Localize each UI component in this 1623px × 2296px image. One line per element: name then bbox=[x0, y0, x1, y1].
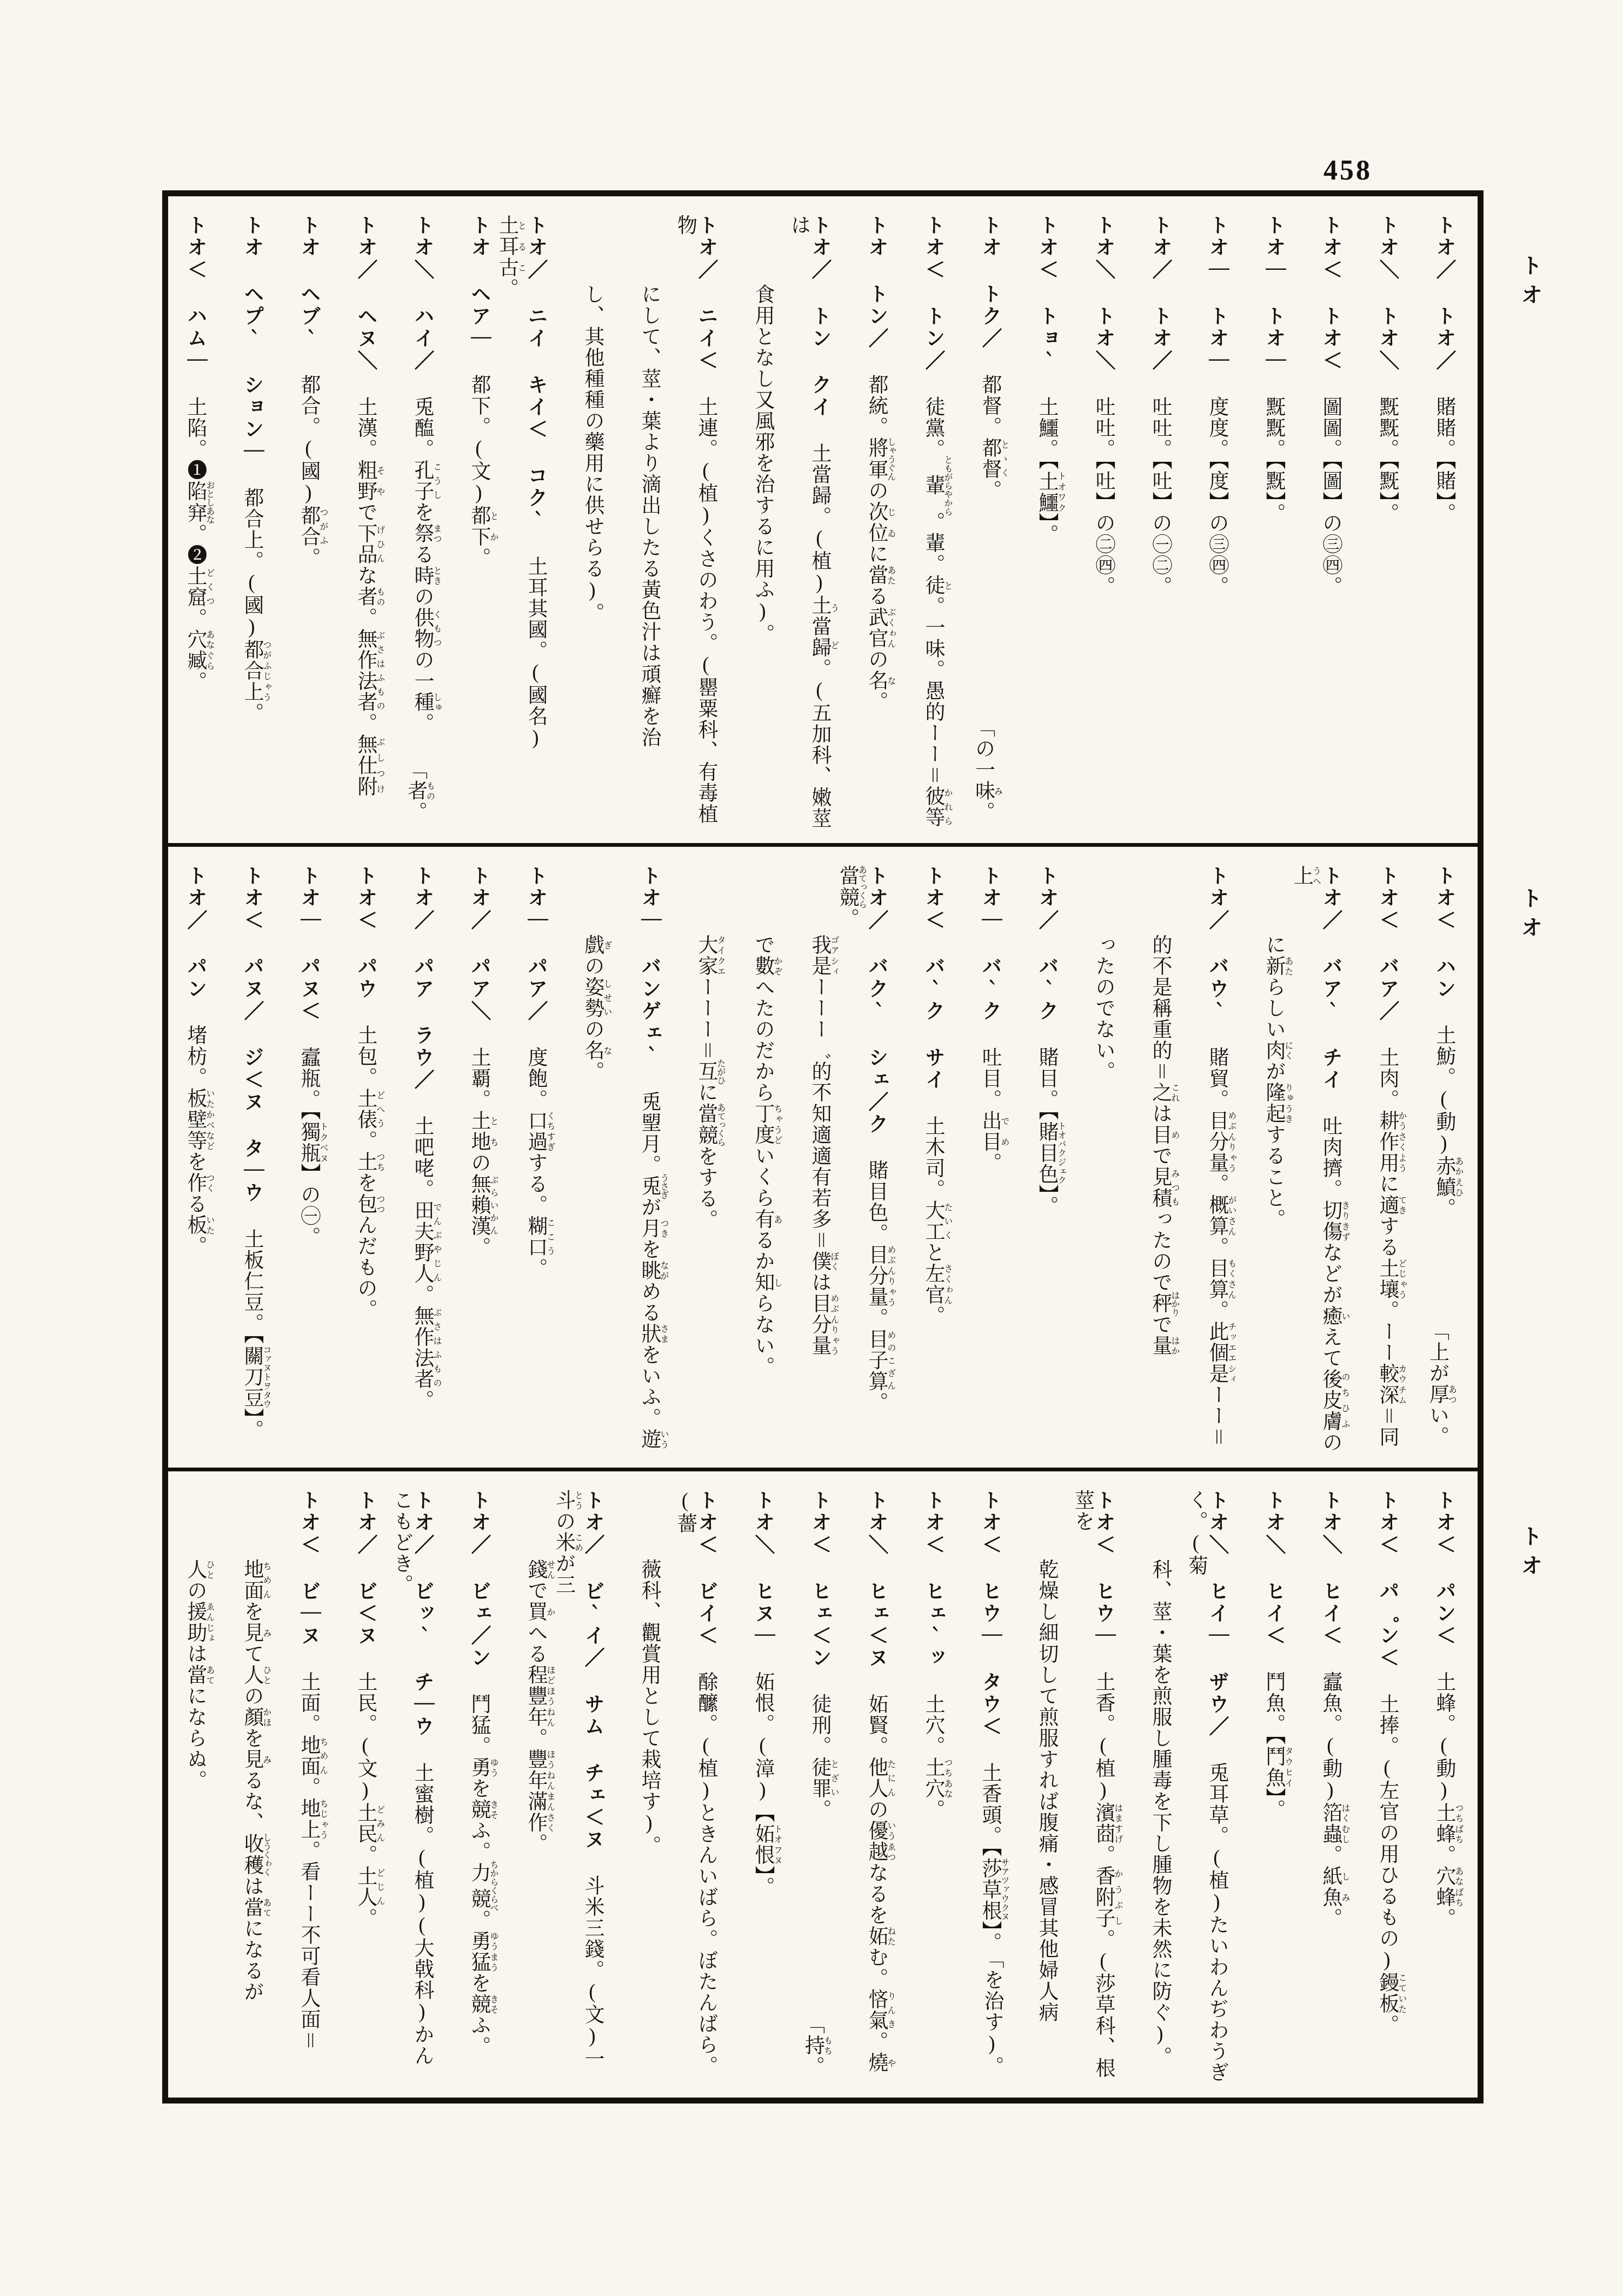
entry-text-with-ruby: 癒い bbox=[1319, 1305, 1341, 1326]
entry-text-with-ruby: 土民どみん bbox=[354, 1802, 376, 1844]
entry-text-with-ruby: 隆起りゅうき bbox=[1262, 1082, 1285, 1124]
dictionary-continuation-column: し、其他種種の藥用に供せらる)。 bbox=[555, 215, 612, 832]
dictionary-entry-column: トオ＜ バ｀ク サイ 土木司。大工たいくと左官さくゎん。 bbox=[896, 865, 953, 1457]
entry-text-with-ruby: 陷穽おとしあな bbox=[184, 481, 206, 523]
entry-text-with-ruby: 錢せん bbox=[524, 1559, 547, 1580]
entry-text-with-ruby: 目分量めぶんりゃう bbox=[865, 1244, 887, 1308]
dictionary-entry-column: トオ＜ ハン 土魴。(動)赤鱝あかえひ。「上が厚あつい。 bbox=[1407, 865, 1464, 1457]
entry-headword-reading: トオ＜ トョ｀ bbox=[1035, 215, 1057, 396]
entry-text-with-ruby: 適てき bbox=[1376, 1195, 1398, 1216]
entry-text-with-ruby: 競きそ bbox=[468, 1799, 490, 1820]
entry-text-with-ruby: 燒や bbox=[865, 2052, 887, 2073]
dictionary-entry-column: トオ｜ バ｀ク 吐目。出目でめ。 bbox=[953, 865, 1009, 1457]
entry-text-with-ruby: 粗野そや bbox=[354, 460, 376, 502]
dictionary-entry-column: トオ｜ トオ｜ 度度。【度】の㊂㊃。 bbox=[1180, 215, 1236, 832]
entry-text-with-ruby: 知し bbox=[751, 1272, 774, 1293]
entry-text-with-ruby: 目分量めぶんりゃう bbox=[1206, 1110, 1228, 1173]
entry-text-with-ruby: 月つき bbox=[638, 1218, 660, 1239]
entry-headword-reading: トオ／ ビ｀イ／ サム チェ＜ヌ bbox=[581, 1490, 603, 1875]
dictionary-continuation-column: 我是ゴアシィーーー゛的不知適適有若多＝僕ぼくは目分量めぶんりゃう bbox=[782, 865, 839, 1457]
dictionary-entry-column: トオ＼ ヒェ＜ヌ 妬賢。他人たにんの優越いうゑつなるを妬ねたむ。悋氣りんき。燒や bbox=[839, 1490, 896, 2087]
entry-text-with-ruby: 土當歸うど bbox=[808, 595, 830, 658]
entry-text-with-ruby: 目算もくさん bbox=[1206, 1258, 1228, 1300]
entry-text-with-ruby: 無作法者ぶさはふもの bbox=[411, 1305, 433, 1390]
hanging-continuation-text: 「の一味み。 bbox=[972, 717, 1002, 822]
entry-text-with-ruby: 我是ゴアシィ bbox=[808, 934, 830, 977]
entry-text-with-ruby: 者もの bbox=[354, 586, 376, 607]
entry-band-top: トオ／ トオ／ 賭賭。【賭】。トオ＼ トオ＼ 黖黖。【黖】。トオ＜ トオ＜ 圖圖… bbox=[168, 196, 1478, 843]
margin-guide-word: トオ bbox=[1515, 254, 1546, 313]
dictionary-entry-column: トオ ヘプ｀ ション｜ 都合上。(國)都合上つがふじゃう。 bbox=[215, 215, 271, 832]
entry-text-with-ruby: 紙魚しみ bbox=[1319, 1866, 1341, 1908]
margin-guide-word: トオ bbox=[1515, 1525, 1546, 1583]
entry-text-with-ruby: 戲ぎ bbox=[581, 934, 603, 955]
entry-text-with-ruby: 米こめ bbox=[553, 1532, 575, 1553]
entry-text-with-ruby: 濱莔はますげ bbox=[1092, 1802, 1114, 1844]
entry-headword-reading: トオ＜ ヒウ｜ タウ＜ bbox=[979, 1490, 1001, 1762]
entry-text-with-ruby: 無作法者ぶさはふもの bbox=[354, 628, 376, 713]
entry-headword-reading: トオ＼ トオ＼ bbox=[1376, 215, 1398, 396]
entry-headword-reading: トオ＜ パ゜ン＜ bbox=[1376, 1490, 1398, 1694]
entry-text-with-ruby: 狀さま bbox=[638, 1323, 660, 1344]
entry-text-with-ruby: 新あた bbox=[1262, 955, 1285, 977]
dictionary-entry-column: トオ＼ ヒイ＜ 蠧魚。(動)箔蟲はくむし。紙魚しみ。 bbox=[1293, 1490, 1350, 2087]
dictionary-entry-column: トオ／ ニイ＜ 土連。(植)くさのわう。(罌粟科、有毒植物 bbox=[669, 215, 726, 832]
entry-text-with-ruby: 將軍しゃうぐん bbox=[865, 437, 887, 480]
entry-headword-reading: トオ／ トオ／ bbox=[1149, 215, 1171, 396]
entry-text-with-ruby: 作つく bbox=[184, 1172, 206, 1193]
entry-text-with-ruby: 鬥魚タウヒイ bbox=[1262, 1746, 1285, 1788]
entry-text-with-ruby: 武官ぶくゎん bbox=[865, 607, 887, 649]
entry-headword-reading: トオ＼ ヒヌ｜ bbox=[751, 1490, 774, 1671]
entry-headword-reading: トオ／ ニイ＜ bbox=[695, 215, 717, 396]
entry-headword-reading: トオ／ バク｀ シェ／ク bbox=[865, 865, 887, 1160]
entry-text-with-ruby: 斗とう bbox=[553, 1490, 575, 1511]
dictionary-entry-column: トオ／ パア ラウ／ 土吧咾。田夫野人でんぶやじん。無作法者ぶさはふもの。 bbox=[385, 865, 442, 1457]
column-container: トオ＜ ハン 土魴。(動)赤鱝あかえひ。「上が厚あつい。トオ＜ バア／ 土肉。耕… bbox=[168, 847, 1478, 1468]
entry-text-with-ruby: 徒罪とざい bbox=[808, 1757, 830, 1799]
dictionary-entry-column: トオ／ トオ／ 吐吐。【吐】の㊀㊁。 bbox=[1123, 215, 1180, 832]
entry-text-with-ruby: 持もち bbox=[802, 2035, 824, 2056]
entry-headword-reading: トオ／ トオ／ bbox=[1433, 215, 1455, 396]
hanging-continuation-text: 「を治す)。 bbox=[981, 1948, 1002, 2077]
entry-text-with-ruby: 次位じゐ bbox=[865, 501, 887, 543]
entry-text-with-ruby: 名な bbox=[865, 670, 887, 691]
entry-text-with-ruby: 力競ちからくらべ bbox=[468, 1862, 490, 1909]
dictionary-continuation-column: ったのでない。 bbox=[1066, 865, 1123, 1457]
entry-text-with-ruby: 兎うさぎ bbox=[638, 1176, 660, 1197]
entry-text-with-ruby: 地上ちじゃう bbox=[297, 1798, 320, 1840]
entry-text-with-ruby: 土壤どじゃう bbox=[1376, 1258, 1398, 1300]
dictionary-entry-column: トオ＜ ヒェ｀ッ 土穴。土穴つちあな。 bbox=[896, 1490, 953, 2087]
entry-text-with-ruby: 包つつ bbox=[354, 1193, 376, 1215]
dictionary-entry-column: トオ＜ バア／ 土肉。耕作用かうさくように適てきする土壤どじゃう。ーー較深カウチ… bbox=[1350, 865, 1407, 1457]
entry-headword-reading: トオ｜ バンゲェ｀ bbox=[638, 865, 660, 1091]
entry-text-with-ruby: 土窟どくつ bbox=[184, 566, 206, 608]
entry-text-with-ruby: 供物くもつ bbox=[411, 607, 433, 649]
entry-text-with-ruby: 後皮膚のちひふ bbox=[1319, 1369, 1341, 1432]
entry-text-with-ruby: 土鱷トオワク bbox=[1035, 471, 1057, 513]
entry-text-with-ruby: 孔子こうし bbox=[411, 460, 433, 502]
band-divider-rule bbox=[167, 843, 1479, 847]
entry-text-with-ruby: 妬ねた bbox=[865, 1926, 887, 1947]
entry-text-with-ruby: 無賴漢ぶらいかん bbox=[468, 1173, 490, 1237]
dictionary-entry-column: トオ＜ トオ＜ 圖圖。【圖】の㊂㊃。 bbox=[1293, 215, 1350, 832]
dictionary-entry-column: トオ／ バ｀ク 賭目。【賭目色トオバクジェク】。 bbox=[1009, 865, 1066, 1457]
entry-text-with-ruby: 目子算めのこざん bbox=[865, 1329, 887, 1392]
dictionary-entry-column: トオ＼ トオ＼ 吐吐。【吐】の㊁㊃。 bbox=[1066, 215, 1123, 832]
entry-headword-reading: トオ＜ ビ｜ヌ bbox=[297, 1490, 320, 1671]
entry-text-with-ruby: 關刀豆コァヌトヲタウ bbox=[241, 1345, 263, 1409]
dictionary-continuation-column: 大家タイクエーーー＝互たがひに當競あてっくらをする。 bbox=[669, 865, 726, 1457]
entry-headword-reading: トオ＜ パウ bbox=[354, 865, 376, 1025]
dictionary-entry-column: トオ＜ ビイ＜ 酴醿。(植)ときんいばら。ぼたんばら。(薔 bbox=[669, 1490, 726, 2087]
hanging-continuation-text: 「者もの。 bbox=[404, 759, 434, 822]
entry-text-with-ruby: 顏かほ bbox=[241, 1707, 263, 1728]
entry-text-with-ruby: 下品げひん bbox=[354, 523, 376, 565]
dictionary-continuation-column: 戲ぎの姿勢しせいの名な。 bbox=[555, 865, 612, 1457]
entry-headword-reading: トオ トク／ bbox=[979, 215, 1001, 374]
entry-text-with-ruby: 獨瓶トクベヌ bbox=[297, 1122, 320, 1164]
entry-text-with-ruby: 丁度ちゃうど bbox=[751, 1103, 774, 1145]
entry-text-with-ruby: 僕ぼく bbox=[808, 1251, 830, 1272]
column-container: トオ／ トオ／ 賭賭。【賭】。トオ＼ トオ＼ 黖黖。【黖】。トオ＜ トオ＜ 圖圖… bbox=[168, 196, 1478, 843]
dictionary-entry-column: トオ／ ニイ キイ＜ コク｀ 土耳其國。(國名)土耳古とるこ。 bbox=[498, 215, 555, 832]
entry-text-with-ruby: 當あた bbox=[865, 565, 887, 586]
dictionary-entry-column: トオ／ バア｀ チイ 吐肉擠。切傷きりきずなどが癒いえて後皮膚のちひふの上うへ bbox=[1293, 865, 1350, 1457]
entry-text-with-ruby: 之これ bbox=[1149, 1082, 1171, 1103]
entry-headword-reading: トオ／ パン bbox=[184, 865, 206, 1025]
entry-text-with-ruby: 優越いうゑつ bbox=[865, 1820, 887, 1862]
dictionary-continuation-column: 地面ちめんを見みて人ひとの顏かほを見みるな、收穫しうくゎくは當あてになるが bbox=[215, 1490, 271, 2087]
dictionary-entry-column: トオ／ バク｀ シェ／ク 賭目色。目分量めぶんりゃう。目子算めのこざん。當競あて… bbox=[839, 865, 896, 1457]
dictionary-continuation-column: 科、莖・葉を煎服し腫毒を下し腫物を未然に防ぐ)。 bbox=[1123, 1490, 1180, 2087]
entry-text-with-ruby: 鏝板こていた bbox=[1376, 1972, 1398, 2014]
entry-text-with-ruby: 收穫しうくゎく bbox=[241, 1833, 263, 1876]
entry-text-with-ruby: 人ひと bbox=[184, 1559, 206, 1580]
entry-headword-reading: トオ／ ビ＜ヌ bbox=[354, 1490, 376, 1671]
entry-text-with-ruby: 數かぞ bbox=[751, 955, 774, 977]
entry-text-with-ruby: 遊いう bbox=[638, 1429, 660, 1450]
entry-text-with-ruby: 板いた bbox=[184, 1215, 206, 1236]
dictionary-entry-column: トオ＜ トン／ 徒黨。輩ともがらやから。輩。徒と。一味。愚的ーー＝彼等かれら bbox=[896, 215, 953, 832]
entry-text-with-ruby: 上うへ bbox=[1291, 865, 1313, 886]
entry-text-with-ruby: 眺なが bbox=[638, 1260, 660, 1281]
dictionary-entry-column: トオ／ ヘヌ＼ 土漢。粗野そやで下品げひんな者もの。無作法者ぶさはふもの。無仕附… bbox=[328, 215, 385, 832]
dictionary-entry-column: トオ トン／ 都統。將軍しゃうぐんの次位じゐに當あたる武官ぶくゎんの名な。 bbox=[839, 215, 896, 832]
entry-headword-reading: トオ＼ ヒイ＜ bbox=[1319, 1490, 1341, 1671]
entry-headword-reading: トオ｜ パヌ＜ bbox=[297, 865, 320, 1047]
entry-headword-reading: トオ／ ニイ キイ＜ コク｀ bbox=[524, 215, 547, 556]
entry-text-with-ruby: 箔蟲はくむし bbox=[1319, 1802, 1341, 1844]
entry-text-with-ruby: 互たがひ bbox=[695, 1061, 717, 1082]
entry-text-with-ruby: 援助ゑんじょ bbox=[184, 1601, 206, 1643]
dictionary-entry-column: トオ＜ ハム｜ 土陷。❶陷穽おとしあな。❷土窟どくつ。穴臧あなぐら。 bbox=[168, 215, 215, 832]
dictionary-entry-column: トオ＜ パヌ／ ジ＜ヌ タ｜ウ 土板仁豆。【關刀豆コァヌトヲタウ】。 bbox=[215, 865, 271, 1457]
entry-headword-reading: トオ＼ トオ＼ bbox=[1092, 215, 1114, 396]
entry-text-with-ruby: 見み bbox=[241, 1622, 263, 1643]
entry-headword-reading: トオ／ バウ｀ bbox=[1206, 865, 1228, 1047]
dictionary-entry-column: トオ／ バウ｀ 賭貿。目分量めぶんりゃう。概算がいさん。目算もくさん。此個是チッ… bbox=[1180, 865, 1236, 1457]
margin-guide-word: トオ bbox=[1515, 887, 1546, 945]
column-container: トオ＜ パン＜ 土蜂。(動)土蜂つちばち。穴蜂あなばち。トオ＜ パ゜ン＜ 土捧。… bbox=[168, 1471, 1478, 2098]
entry-text-with-ruby: 當あて bbox=[241, 1897, 263, 1918]
dictionary-continuation-column: 食用となし又風邪を治するに用ふ)。 bbox=[726, 215, 782, 832]
entry-headword-reading: トオ ヘプ｀ ション｜ bbox=[241, 215, 263, 487]
entry-headword-reading: トオ｜ トオ｜ bbox=[1206, 215, 1228, 396]
entry-headword-reading: トオ ヘア｜ bbox=[468, 215, 490, 374]
entry-text-with-ruby: 大家タイクエ bbox=[695, 934, 717, 977]
entry-text-with-ruby: 切傷きりきず bbox=[1319, 1200, 1341, 1242]
entry-text-with-ruby: 見み bbox=[241, 1749, 263, 1770]
entry-band-bottom: トオ＜ パン＜ 土蜂。(動)土蜂つちばち。穴蜂あなばち。トオ＜ パ゜ン＜ 土捧。… bbox=[168, 1471, 1478, 2098]
dictionary-entry-column: トオ＜ トョ｀ 土鱷。【土鱷トオワク】。 bbox=[1009, 215, 1066, 832]
dictionary-entry-column: トオ＜ ヒェ＜ン 徒刑。徒罪とざい。「持もち。 bbox=[782, 1490, 839, 2087]
entry-text-with-ruby: 無仕附ぶしつけ bbox=[354, 734, 376, 797]
entry-headword-reading: トオ＜ パヌ／ ジ＜ヌ タ｜ウ bbox=[241, 865, 263, 1229]
dictionary-entry-column: トオ＜ ヒウ｜ 土香。(植)濱莔はますげ。香附子かうぶし。(莎草科、根莖を bbox=[1066, 1490, 1123, 2087]
entry-text-with-ruby: 赤鱝あかえひ bbox=[1433, 1156, 1455, 1198]
entry-headword-reading: トオ／ パア＼ bbox=[468, 865, 490, 1047]
entry-headword-reading: トオ＼ ヒイ｜ ザウ／ bbox=[1206, 1490, 1228, 1762]
entry-text-with-ruby: 他人たにん bbox=[865, 1757, 887, 1799]
entry-text-with-ruby: 板壁等いたかべなど bbox=[184, 1088, 206, 1151]
entry-headword-reading: トオ＜ パン＜ bbox=[1433, 1490, 1455, 1671]
entry-headword-reading: トオ＜ ヒェ｀ッ bbox=[922, 1490, 944, 1694]
entry-text-with-ruby: 土俵どへう bbox=[354, 1088, 376, 1130]
dictionary-entry-column: トオ／ トオ／ 賭賭。【賭】。 bbox=[1407, 215, 1464, 832]
entry-text-with-ruby: 時とき bbox=[411, 565, 433, 586]
entry-text-with-ruby: 此個是チッエエシィ bbox=[1206, 1321, 1228, 1384]
dictionary-entry-column: トオ／ トン クイ 土當歸。(植)土當歸うど。(五加科、嫩莖は bbox=[782, 215, 839, 832]
entry-headword-reading: トオ／ パア ラウ／ bbox=[411, 865, 433, 1116]
dictionary-entry-column: トオ＜ パ゜ン＜ 土捧。(左官の用ひるもの)鏝板こていた。 bbox=[1350, 1490, 1407, 2087]
dictionary-continuation-column: にして、莖・葉より滴出したる黃色汁は頑癬を治 bbox=[612, 215, 669, 832]
entry-text-with-ruby: 人ひと bbox=[241, 1664, 263, 1685]
entry-text-with-ruby: 土地とち bbox=[468, 1110, 490, 1152]
dictionary-entry-column: トオ｜ パア／ 度飽。口過くちすぎする。糊口ここう。 bbox=[498, 865, 555, 1457]
entry-headword-reading: トオ｜ トオ｜ bbox=[1262, 215, 1285, 396]
entry-text-with-ruby: 妬恨トオフヌ bbox=[751, 1823, 774, 1866]
entry-text-with-ruby: 名な bbox=[581, 1040, 603, 1061]
entry-text-with-ruby: 味み bbox=[972, 780, 994, 801]
dictionary-entry-column: トオ＜ ヒウ｜ タウ＜ 土香頭。【莎草根サアツァウクヌ】。「を治す)。 bbox=[953, 1490, 1009, 2087]
entry-text-with-ruby: 豐年滿作ほうねんまんさく bbox=[524, 1749, 547, 1833]
dictionary-entry-column: トオ ヘア｜ 都下。(文)都下とか。 bbox=[442, 215, 498, 832]
dictionary-entry-column: トオ／ ビ＜ヌ 土民。(文)土民どみん。土人どじん。 bbox=[328, 1490, 385, 2087]
dictionary-entry-column: トオ／ ビ｀イ／ サム チェ＜ヌ 斗米三錢。(文)一斗とうの米こめが三 bbox=[555, 1490, 612, 2087]
entry-text-with-ruby: 地面ちめん bbox=[241, 1559, 263, 1601]
dictionary-entry-column: トオ＼ ハイ／ 兎醢。孔子こうしを祭まつる時ときの供物くもつの一種しゅ。「者もの… bbox=[385, 215, 442, 832]
entry-text-with-ruby: 左官さくゎん bbox=[922, 1263, 944, 1305]
dictionary-continuation-column: 乾燥し細切して煎服すれば腹痛・感冒其他婦人病 bbox=[1009, 1490, 1066, 2087]
dictionary-continuation-column: に新あたらしい肉にくが隆起りゅうきすること。 bbox=[1236, 865, 1293, 1457]
page-border-frame: トオ／ トオ／ 賭賭。【賭】。トオ＼ トオ＼ 黖黖。【黖】。トオ＜ トオ＜ 圖圖… bbox=[162, 190, 1484, 2103]
hanging-continuation-text: 「持もち。 bbox=[802, 2014, 832, 2077]
entry-headword-reading: トオ ヘブ｀ bbox=[297, 215, 320, 374]
entry-text-with-ruby: 買か bbox=[524, 1601, 547, 1622]
entry-text-with-ruby: 出目でめ bbox=[979, 1110, 1001, 1152]
entry-text-with-ruby: 種しゅ bbox=[411, 692, 433, 713]
entry-headword-reading: トオ｜ バ｀ク bbox=[979, 865, 1001, 1047]
entry-text-with-ruby: 當競あてっくら bbox=[695, 1103, 717, 1146]
dictionary-continuation-column: 錢せんで買かへる程豐年ほどほうねん。豐年滿作ほうねんまんさく。 bbox=[498, 1490, 555, 2087]
dictionary-entry-column: トオ トク／ 都督。都督とゝく。「の一味み。 bbox=[953, 215, 1009, 832]
dictionary-entry-column: トオ＼ ヒヌ｜ 妬恨。(漳)【妬恨トオフヌ】。 bbox=[726, 1490, 782, 2087]
entry-text-with-ruby: 悋氣りんき bbox=[865, 1989, 887, 2031]
entry-text-with-ruby: 地面ちめん bbox=[297, 1735, 320, 1777]
entry-text-with-ruby: 秤はかり bbox=[1149, 1293, 1171, 1314]
dictionary-page-scan: 458 トオ トオ トオ トオ／ トオ／ 賭賭。【賭】。トオ＼ トオ＼ 黖黖。【… bbox=[0, 0, 1623, 2296]
band-divider-rule bbox=[167, 1468, 1479, 1471]
entry-text-with-ruby: 穴臧あなぐら bbox=[184, 629, 206, 671]
entry-text-with-ruby: 土蜂つちばち bbox=[1433, 1802, 1455, 1844]
entry-text-with-ruby: 穴蜂あなばち bbox=[1433, 1866, 1455, 1908]
dictionary-continuation-column: 的不是稱重的＝之これは目めで見積みつもったので秤はかりで量はか bbox=[1123, 865, 1180, 1457]
entry-text-with-ruby: 土穴つちあな bbox=[922, 1757, 944, 1799]
entry-headword-reading: トオ／ ヘヌ＼ bbox=[354, 215, 376, 396]
entry-text-with-ruby: 目分量めぶんりゃう bbox=[808, 1293, 830, 1356]
entry-text-with-ruby: 姿勢しせい bbox=[581, 977, 603, 1019]
entry-text-with-ruby: 糊口ここう bbox=[524, 1216, 547, 1258]
entry-text-with-ruby: 較深カウチム bbox=[1376, 1363, 1398, 1405]
entry-text-with-ruby: 勇ゆう bbox=[468, 1757, 490, 1778]
dictionary-entry-column: トオ ヘブ｀ 都合。(國)都合つがふ。 bbox=[271, 215, 328, 832]
entry-text-with-ruby: 見積みつも bbox=[1149, 1166, 1171, 1209]
entry-text-with-ruby: 土耳古とるこ bbox=[496, 215, 518, 278]
entry-headword-reading: トオ トン／ bbox=[865, 215, 887, 374]
entry-text-with-ruby: 彼等かれら bbox=[922, 786, 944, 828]
dictionary-entry-column: トオ／ パア＼ 土覇。土地とちの無賴漢ぶらいかん。 bbox=[442, 865, 498, 1457]
entry-text-with-ruby: 徒と bbox=[922, 575, 944, 596]
entry-text-with-ruby: 有あ bbox=[751, 1209, 774, 1230]
entry-headword-reading: トオ＜ バア／ bbox=[1376, 865, 1398, 1047]
hanging-continuation-text: 「上が厚あつい。 bbox=[1426, 1320, 1456, 1447]
entry-text-with-ruby: 當競あてっくら bbox=[836, 865, 859, 908]
entry-band-middle: トオ＜ ハン 土魴。(動)赤鱝あかえひ。「上が厚あつい。トオ＜ バア／ 土肉。耕… bbox=[168, 847, 1478, 1468]
entry-text-with-ruby: 賭目色トオバクジェク bbox=[1035, 1122, 1057, 1185]
dictionary-entry-column: トオ＼ ヒイ｜ ザウ／ 兎耳草。(植)たいわんぢわうぎく。(菊 bbox=[1180, 1490, 1236, 2087]
dictionary-continuation-column: 人ひとの援助ゑんじょは當あてにならぬ。 bbox=[168, 1490, 215, 2087]
entry-text-with-ruby: 田夫野人でんぶやじん bbox=[411, 1200, 433, 1284]
dictionary-entry-column: トオ＜ ビ｜ヌ 土面。地面ちめん。地上ちじゃう。看ーー不可看人面＝ bbox=[271, 1490, 328, 2087]
dictionary-entry-column: トオ／ ビッ｀ チ｜ウ 土蜜樹。(植)(大戟科)かんこもどき。 bbox=[385, 1490, 442, 2087]
entry-text-with-ruby: 厚あつ bbox=[1426, 1384, 1448, 1405]
entry-text-with-ruby: 目め bbox=[1149, 1124, 1171, 1145]
entry-text-with-ruby: 程豐年ほどほうねん bbox=[524, 1664, 547, 1728]
entry-text-with-ruby: 競きそ bbox=[468, 1994, 490, 2015]
entry-text-with-ruby: 概算がいさん bbox=[1206, 1195, 1228, 1237]
entry-text-with-ruby: 耕作用かうさくよう bbox=[1376, 1110, 1398, 1173]
dictionary-entry-column: トオ｜ パヌ＜ 蠧瓶。【獨瓶トクベヌ】の㊀。 bbox=[271, 865, 328, 1457]
entry-headword-reading: トオ／ ビェ／ン bbox=[468, 1490, 490, 1694]
dictionary-continuation-column: で數かぞへたのだから丁度ちゃうどいくら有あるか知しらない。 bbox=[726, 865, 782, 1457]
entry-headword-reading: トオ／ バ｀ク bbox=[1035, 865, 1057, 1047]
entry-text-with-ruby: 大工たいく bbox=[922, 1200, 944, 1242]
entry-headword-reading: トオ＜ ビイ＜ bbox=[695, 1490, 717, 1671]
entry-headword-reading: トオ＜ トオ＜ bbox=[1319, 215, 1341, 396]
entry-headword-reading: トオ＜ ヒェ＜ン bbox=[808, 1490, 830, 1694]
entry-headword-reading: トオ＼ ヒェ＜ヌ bbox=[865, 1490, 887, 1694]
entry-text-with-ruby: 勇猛ゆうまう bbox=[468, 1930, 490, 1973]
dictionary-entry-column: トオ／ パン 堵枋。板壁等いたかべなどを作つくる板いた。 bbox=[168, 865, 215, 1457]
entry-headword-reading: トオ＜ ハン bbox=[1433, 865, 1455, 1025]
entry-text-with-ruby: 都合つがふ bbox=[297, 505, 320, 547]
entry-text-with-ruby: 肉にく bbox=[1262, 1040, 1285, 1061]
dictionary-entry-column: トオ｜ トオ｜ 黖黖。【黖】。 bbox=[1236, 215, 1293, 832]
entry-headword-reading: トオ／ トン クイ bbox=[808, 215, 830, 443]
entry-headword-reading: トオ／ ビッ｀ チ｜ウ bbox=[411, 1490, 433, 1762]
dictionary-entry-column: トオ＜ パウ 土包。土俵どへう。土つちを包つつんだもの。 bbox=[328, 865, 385, 1457]
entry-text-with-ruby: 都督とゝく bbox=[979, 437, 1001, 480]
entry-text-with-ruby: 者もの bbox=[404, 780, 427, 801]
page-number: 458 bbox=[1323, 155, 1372, 187]
entry-text-with-ruby: 輩ともがらやから bbox=[922, 460, 944, 512]
entry-text-with-ruby: 都合上つがふじゃう bbox=[241, 639, 263, 702]
entry-text-with-ruby: 都下とか bbox=[468, 505, 490, 547]
entry-text-with-ruby: 莎草根サアツァウクヌ bbox=[979, 1858, 1001, 1921]
dictionary-entry-column: トオ／ ビェ／ン 鬥猛。勇ゆうを競きそふ。力競ちからくらべ。勇猛ゆうまうを競きそ… bbox=[442, 1490, 498, 2087]
entry-text-with-ruby: 量はか bbox=[1149, 1335, 1171, 1356]
dictionary-entry-column: トオ｜ バンゲェ｀ 兎朢月。兎うさぎが月つきを眺ながめる狀さまをいふ。遊いう bbox=[612, 865, 669, 1457]
dictionary-continuation-column: 薇科、觀賞用として栽培す)。 bbox=[612, 1490, 669, 2087]
entry-headword-reading: トオ＜ ハム｜ bbox=[184, 215, 206, 396]
entry-text-with-ruby: 當あて bbox=[184, 1664, 206, 1685]
dictionary-entry-column: トオ＼ トオ＼ 黖黖。【黖】。 bbox=[1350, 215, 1407, 832]
entry-headword-reading: トオ／ バア｀ チイ bbox=[1319, 865, 1341, 1116]
entry-headword-reading: トオ＜ ヒウ｜ bbox=[1092, 1490, 1114, 1671]
entry-text-with-ruby: 香附子かうぶし bbox=[1092, 1866, 1114, 1929]
dictionary-entry-column: トオ＜ パン＜ 土蜂。(動)土蜂つちばち。穴蜂あなばち。 bbox=[1407, 1490, 1464, 2087]
dictionary-entry-column: トオ＼ ヒイ＜ 鬥魚。【鬥魚タウヒイ】。 bbox=[1236, 1490, 1293, 2087]
entry-headword-reading: トオ｜ パア／ bbox=[524, 865, 547, 1047]
entry-headword-reading: トオ＼ ヒイ＜ bbox=[1262, 1490, 1285, 1671]
entry-text-with-ruby: 土つち bbox=[354, 1151, 376, 1172]
entry-headword-reading: トオ＜ バ｀ク サイ bbox=[922, 865, 944, 1116]
entry-headword-reading: トオ＜ トン／ bbox=[922, 215, 944, 396]
entry-text-with-ruby: 祭まつ bbox=[411, 523, 433, 544]
entry-text-with-ruby: 口過くちすぎ bbox=[524, 1110, 547, 1152]
entry-headword-reading: トオ＼ ハイ／ bbox=[411, 215, 433, 396]
entry-text-with-ruby: 土人どじん bbox=[354, 1866, 376, 1908]
